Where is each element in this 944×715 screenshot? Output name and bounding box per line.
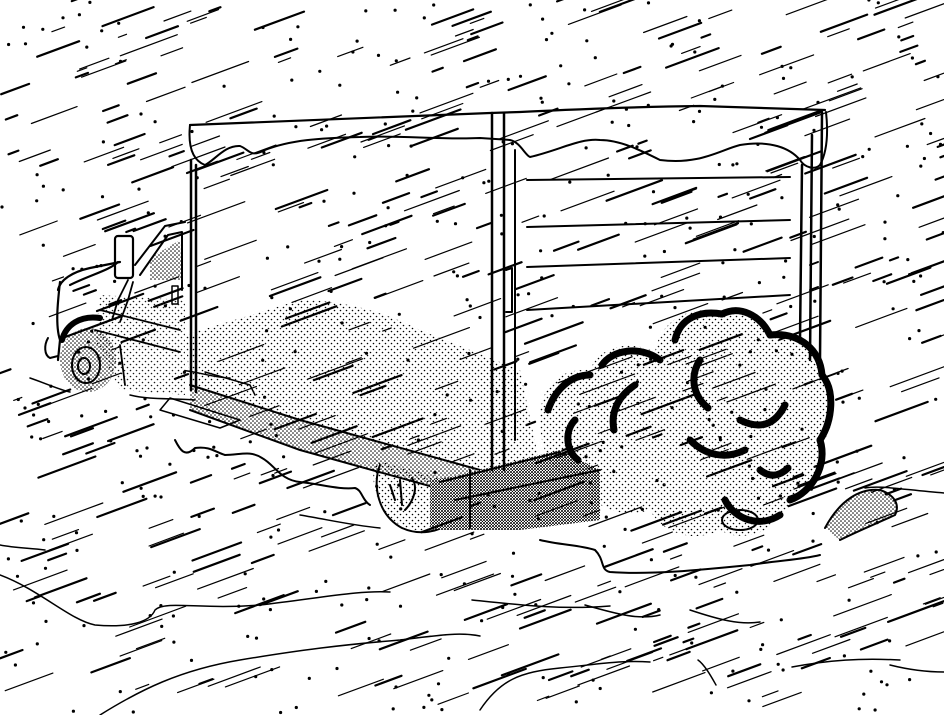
illustration-canvas: Truck stuck in snowstorm with cloud at r… bbox=[0, 0, 944, 715]
